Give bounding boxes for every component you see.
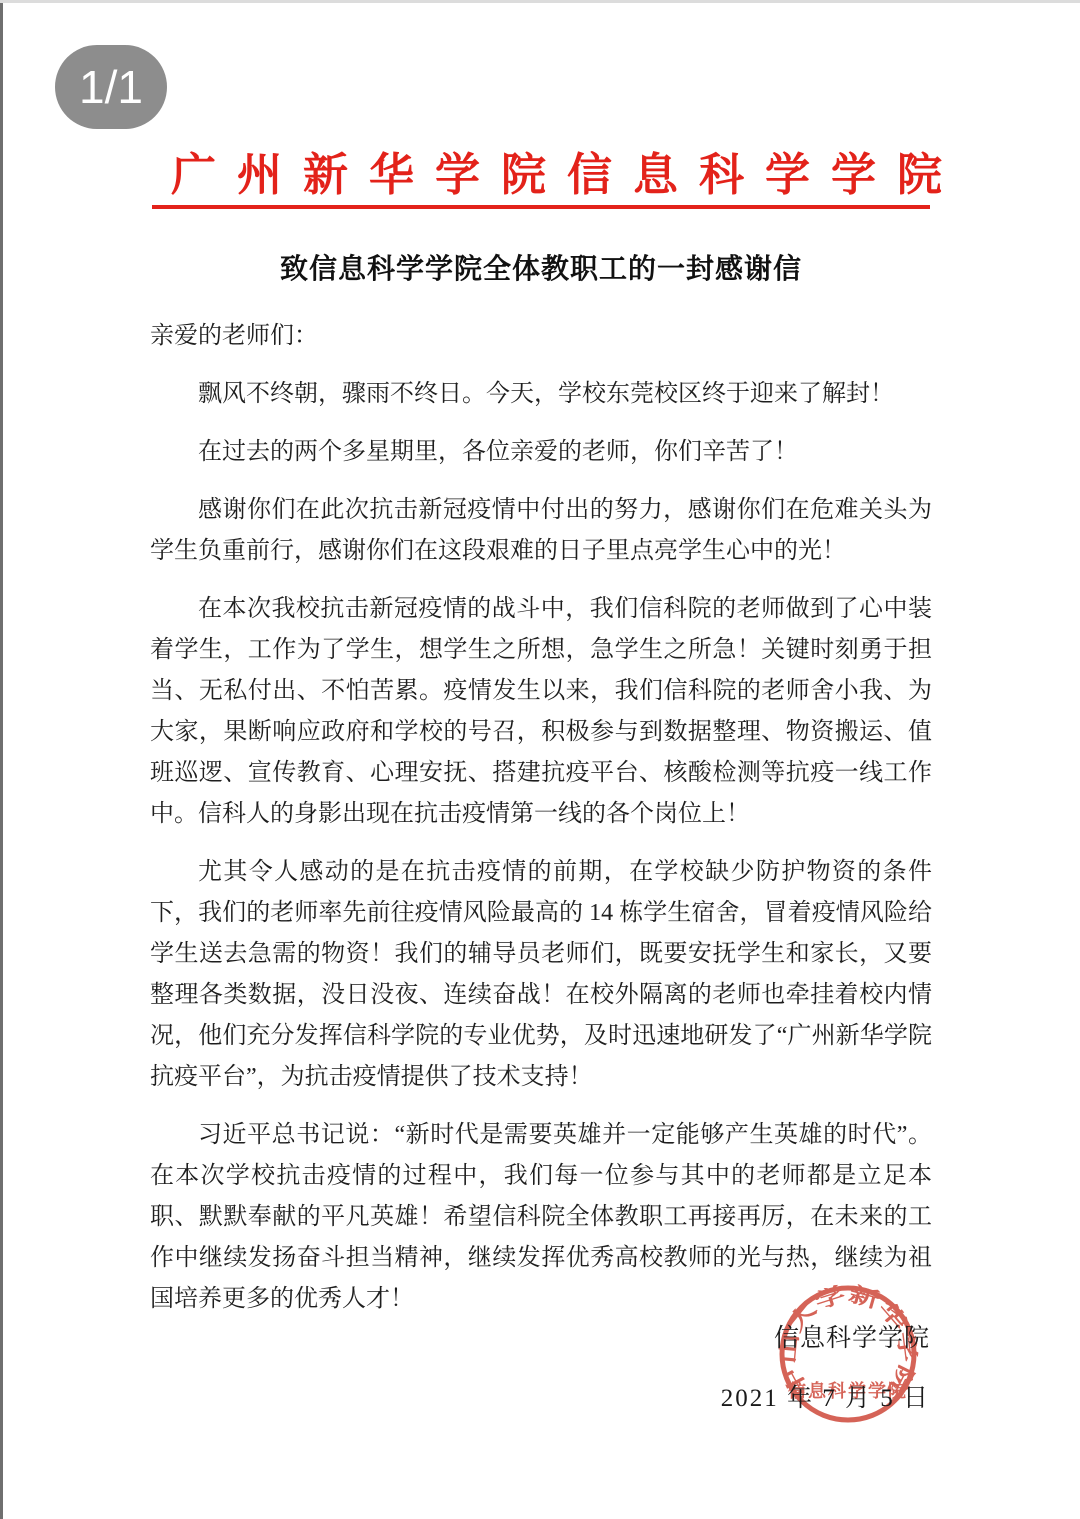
paragraph: 在本次我校抗击新冠疫情的战斗中，我们信科院的老师做到了心中装着学生，工作为了学生…	[150, 589, 932, 835]
paragraph: 在过去的两个多星期里，各位亲爱的老师，你们辛苦了！	[150, 432, 932, 473]
page-edge-left	[0, 0, 3, 1519]
letterhead-rule	[152, 205, 930, 209]
official-seal: 中山大学新华学院 信息科学学院	[738, 1244, 958, 1464]
page-indicator-badge: 1/1	[55, 45, 167, 129]
paragraph: 飘风不终朝，骤雨不终日。今天，学校东莞校区终于迎来了解封！	[150, 374, 932, 415]
page-edge-top	[0, 0, 1080, 3]
salutation: 亲爱的老师们：	[150, 316, 932, 357]
letterhead-title: 广州新华学院信息科学学院	[150, 138, 932, 203]
letter-body: 亲爱的老师们： 飘风不终朝，骤雨不终日。今天，学校东莞校区终于迎来了解封！ 在过…	[150, 316, 932, 1337]
letter-page: 1/1 广州新华学院信息科学学院 致信息科学学院全体教职工的一封感谢信 亲爱的老…	[0, 0, 1080, 1519]
signature-org: 信息科学学院	[774, 1318, 930, 1354]
paragraph: 感谢你们在此次抗击新冠疫情中付出的努力，感谢你们在危难关头为学生负重前行，感谢你…	[150, 490, 932, 572]
signature-date: 2021 年 7 月 5 日	[721, 1378, 930, 1414]
letter-title: 致信息科学学院全体教职工的一封感谢信	[150, 247, 932, 287]
page-indicator-label: 1/1	[79, 61, 143, 113]
paragraph: 尤其令人感动的是在抗击疫情的前期，在学校缺少防护物资的条件下，我们的老师率先前往…	[150, 852, 932, 1098]
